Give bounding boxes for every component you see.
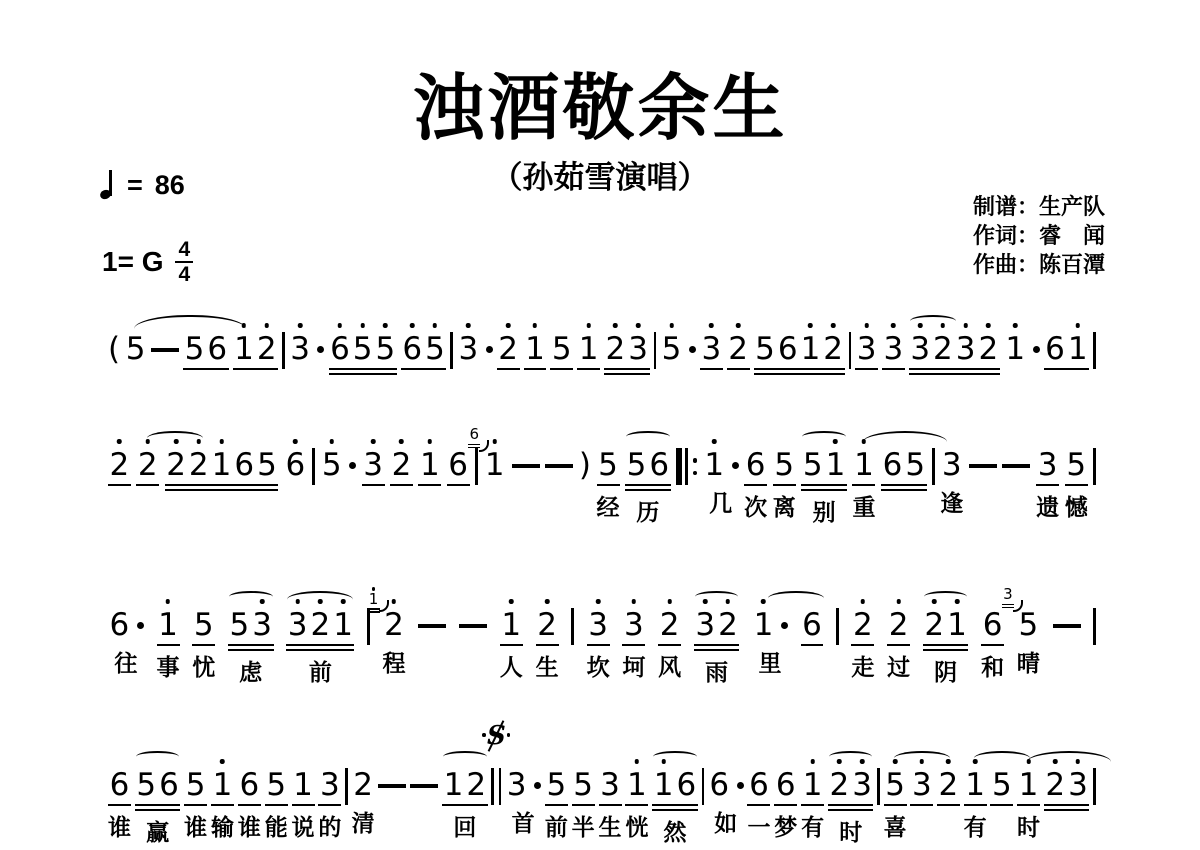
note-digit-octave-up: 2	[309, 608, 332, 642]
beam-underlines	[923, 644, 968, 651]
note-digit-octave-up: 1	[946, 608, 969, 642]
barline	[1093, 588, 1096, 679]
note-digit-octave-up: 1	[801, 768, 824, 802]
note-digits: 5	[1017, 608, 1040, 642]
note-digit-octave-up: 1	[577, 332, 600, 366]
note-token: 1	[524, 312, 547, 370]
note-digit: 5	[256, 448, 279, 482]
lyric-text: 里	[758, 650, 781, 676]
note-digit: 3	[940, 448, 963, 482]
beam-underlines	[228, 644, 273, 651]
note-token: 56赢	[135, 748, 180, 845]
beam-underlines	[524, 368, 547, 370]
note-digit-octave-up: 5	[884, 768, 907, 802]
beam-underlines	[990, 804, 1013, 806]
note-digits: 23	[1044, 768, 1089, 802]
beam-underlines	[362, 484, 385, 486]
note-token: 12回	[442, 748, 487, 840]
note-token: 1	[577, 312, 600, 370]
dash-continuation	[410, 748, 438, 822]
dash-mark	[1002, 464, 1030, 468]
note-digit-octave-up: 1	[210, 448, 233, 482]
note-digits: 2	[658, 608, 681, 642]
note-digit-octave-up: 2	[887, 608, 910, 642]
beam-underlines	[1044, 804, 1089, 811]
barline	[345, 748, 348, 839]
dash-mark	[459, 624, 487, 628]
note-digit: 1	[292, 768, 315, 802]
note-digit-octave-up: 2	[187, 448, 210, 482]
lyric-text: 忧	[192, 654, 215, 680]
barline-rule	[1093, 332, 1096, 369]
note-digits: 5	[1065, 448, 1088, 482]
beam-underlines	[286, 644, 354, 651]
double-barline: S	[491, 748, 501, 839]
beam-underlines	[390, 484, 413, 486]
lyric-text: 风	[658, 654, 681, 680]
beam-underlines	[238, 804, 261, 806]
note-token: 12	[233, 312, 278, 370]
note-digits: 321	[286, 608, 354, 642]
note-digit: 5	[1065, 448, 1088, 482]
note-digit-octave-up: 2	[822, 332, 845, 366]
slur-arc	[695, 591, 738, 605]
note-digit-octave-up: 1	[1066, 332, 1089, 366]
beam-underlines	[625, 484, 670, 491]
beam-underlines	[1044, 368, 1089, 370]
note-token: 3	[362, 428, 385, 520]
note-token: 5经	[597, 428, 620, 520]
beam-underlines	[852, 484, 875, 486]
note-token: 2走	[851, 588, 874, 680]
note-digits: 5	[545, 768, 568, 802]
note-digit-octave-up: 5	[374, 332, 397, 366]
note-digit-octave-up: 2	[937, 768, 960, 802]
lyric-text: 离	[773, 494, 796, 520]
note-digit: 5	[135, 768, 158, 802]
beam-underlines	[851, 644, 874, 646]
slur-arc	[924, 591, 967, 605]
note-digits: 2	[390, 448, 413, 482]
note-digits: 1	[483, 448, 506, 482]
note-digit-octave-up: 1	[157, 608, 180, 642]
note-digit: 5	[904, 448, 927, 482]
note-digits: 5	[597, 448, 620, 482]
beam-underlines	[497, 368, 520, 370]
note-digit: 2	[352, 768, 375, 802]
note-token: 2	[136, 428, 159, 520]
note-token: 2生	[536, 588, 559, 680]
note-digits: 1	[853, 448, 876, 482]
key-prefix: 1= G	[102, 246, 163, 278]
note-digit-octave-up: 3	[882, 332, 905, 366]
lyric-text: 坎	[587, 654, 610, 680]
note-digit-octave-up: 1	[483, 448, 506, 482]
note-digit-octave-up: 1	[233, 332, 256, 366]
note-digits: 5	[320, 448, 356, 482]
beam-underlines	[801, 804, 824, 806]
note-digits: 5	[572, 768, 595, 802]
note-token: 5喜	[884, 748, 907, 840]
dash-continuation	[1053, 588, 1081, 662]
note-digits: 1	[752, 608, 788, 642]
lyric-text: 事	[157, 654, 180, 680]
lyric-text: 有	[801, 814, 824, 840]
note-digit-octave-up: 1	[1017, 768, 1040, 802]
note-digits: 2	[108, 448, 131, 482]
repeat-start-barline	[676, 428, 697, 519]
note-token: 5	[320, 428, 356, 516]
note-digits: 3	[587, 608, 610, 642]
note-digits: 1	[1004, 332, 1040, 366]
slur-arc	[653, 751, 696, 765]
lyric-text: 梦	[774, 814, 797, 840]
beam-underlines	[604, 368, 649, 375]
beam-underlines	[500, 644, 523, 646]
beam-underlines	[1065, 484, 1088, 486]
augmentation-dot	[689, 346, 696, 353]
note-token: 5谁	[184, 748, 207, 840]
note-token: 6	[801, 588, 824, 680]
beam-underlines	[136, 484, 159, 486]
note-digits: 3	[882, 332, 905, 366]
beam-underlines	[700, 368, 723, 370]
note-digit-octave-up: 2	[923, 608, 946, 642]
note-digits: 6	[981, 608, 1004, 642]
note-digits: 2	[352, 768, 375, 802]
beam-underlines	[625, 804, 648, 806]
barline	[312, 428, 315, 519]
beam-underlines	[108, 484, 131, 486]
note-digits: 56	[135, 768, 180, 802]
barline-rule	[1093, 448, 1096, 485]
note-digits: 1	[1017, 768, 1040, 802]
beam-underlines	[108, 804, 131, 806]
lyric-text: 一	[747, 814, 770, 840]
augmentation-dot	[317, 346, 324, 353]
note-token: 5憾	[1065, 428, 1088, 520]
note-token: 5612	[754, 312, 845, 375]
note-digit: 6	[801, 608, 824, 642]
note-token: 2	[727, 312, 750, 370]
note-token: 1时	[1017, 748, 1040, 840]
augmentation-dot	[137, 622, 144, 629]
note-token: 6如	[708, 748, 744, 836]
note-digit: 5	[545, 768, 568, 802]
note-digits: 6	[108, 608, 144, 642]
credit-line: 制谱：生产队	[973, 192, 1105, 221]
dash-continuation	[459, 588, 487, 662]
note-token: 1	[418, 428, 441, 520]
note-digits: 1	[625, 768, 648, 802]
beam-underlines	[599, 804, 622, 806]
beam-underlines	[401, 368, 446, 370]
note-digit-octave-up: 5	[660, 332, 683, 366]
note-digit-octave-up: 2	[717, 608, 740, 642]
note-token: 1里	[752, 588, 788, 676]
credits-block: 制谱：生产队 作词：睿 闻 作曲：陈百潭	[973, 192, 1105, 279]
slur-arc	[910, 315, 956, 329]
note-digits: 5	[265, 768, 288, 802]
note-digits: 22165	[165, 448, 279, 482]
beam-underlines	[881, 484, 926, 491]
note-digits: 32	[694, 608, 739, 642]
lyric-text: 时	[839, 819, 862, 845]
note-token: 2	[937, 748, 960, 840]
beam-underlines	[754, 368, 845, 375]
lyric-text: 的	[318, 814, 341, 840]
note-digits: 1	[211, 768, 234, 802]
beam-underlines	[192, 644, 215, 646]
note-digit-octave-up: 2	[390, 448, 413, 482]
note-digits: 5	[773, 448, 796, 482]
note-digits: 5	[124, 332, 147, 366]
note-token: 2	[108, 428, 131, 520]
note-token: 3坎	[587, 588, 610, 680]
note-digit: 5	[192, 608, 215, 642]
dash-mark	[151, 348, 179, 352]
note-token: 35晴	[1017, 588, 1040, 676]
barline-rule	[367, 608, 370, 645]
barline-rule	[312, 448, 315, 485]
note-digit: 6	[675, 768, 698, 802]
note-digit-octave-up: 1	[332, 608, 355, 642]
note-digits: 21	[923, 608, 968, 642]
note-digit: 5	[625, 448, 648, 482]
note-token: 5	[660, 312, 696, 366]
beam-underlines	[329, 368, 397, 375]
beam-underlines	[418, 484, 441, 486]
note-digits: 6	[238, 768, 261, 802]
note-token: 1有	[964, 748, 987, 840]
note-token: 5	[124, 312, 147, 366]
note-token: 1人	[500, 588, 523, 680]
lyric-text: 能	[265, 814, 288, 840]
barline	[282, 312, 285, 369]
beam-underlines	[887, 644, 910, 646]
note-digit: 5	[228, 608, 251, 642]
note-digit-octave-up: 3	[851, 768, 874, 802]
barline-rule	[836, 608, 839, 645]
note-token: 6梦	[774, 748, 797, 840]
note-token: 12程	[383, 588, 406, 676]
lyric-text: 半	[572, 814, 595, 840]
slur-arc	[829, 751, 872, 765]
note-digit: 5	[773, 448, 796, 482]
note-digit: 6	[776, 332, 799, 366]
note-token: 3遗	[1036, 428, 1059, 520]
note-digit-octave-up: 2	[658, 608, 681, 642]
note-digit-octave-up: 1	[500, 608, 523, 642]
grace-note: 3	[1001, 587, 1015, 608]
note-token: 2风	[658, 588, 681, 680]
note-digit-octave-up: 3	[909, 332, 932, 366]
beam-underlines	[183, 368, 228, 370]
note-token: 1说	[292, 748, 315, 840]
lyric-text: 谁	[238, 814, 261, 840]
lyric-text: 生	[599, 814, 622, 840]
note-digit-octave-up: 3	[286, 608, 309, 642]
lyric-text: 说	[292, 814, 315, 840]
beam-underlines	[981, 644, 1004, 646]
beam-underlines	[747, 804, 770, 806]
barline-rule	[654, 332, 657, 369]
note-digit-octave-up: 3	[251, 608, 274, 642]
beam-underlines	[658, 644, 681, 646]
note-token: 1恍	[625, 748, 648, 840]
beam-underlines	[964, 804, 987, 806]
note-token: 16然	[652, 748, 697, 845]
note-digits: 3	[505, 768, 541, 802]
note-digit-octave-up: 2	[255, 332, 278, 366]
note-token: 3的	[318, 748, 341, 840]
beam-underlines	[211, 804, 234, 806]
note-token: 3	[855, 312, 878, 370]
note-token: 65	[881, 428, 926, 525]
note-token: 1重	[852, 428, 875, 520]
lyric-text: 和	[981, 654, 1004, 680]
beam-underlines	[545, 804, 568, 806]
lyric-text: 回	[453, 814, 476, 840]
barline	[1093, 428, 1096, 519]
barline	[1093, 312, 1096, 369]
note-token: 5离	[773, 428, 796, 520]
note-digits: 1	[500, 608, 523, 642]
notation-line-2: 222216565321661)5经56历1几6次5离51别1重653逢3遗5憾	[108, 428, 1096, 525]
note-token: 32雨	[694, 588, 739, 685]
lyric-text: 清	[352, 810, 375, 836]
barline	[702, 748, 705, 839]
note-digit: 6	[108, 608, 131, 642]
note-digits: 1	[577, 332, 600, 366]
beam-underlines	[622, 644, 645, 646]
lyric-text: 时	[1017, 814, 1040, 840]
note-digits: 2	[536, 608, 559, 642]
note-digits: 1	[964, 768, 987, 802]
note-token: 53虑	[228, 588, 273, 685]
time-signature-numerator: 4	[175, 238, 193, 263]
note-digit-octave-up: 3	[1067, 768, 1090, 802]
note-digit-octave-up: 6	[284, 448, 307, 482]
note-token: 3	[882, 312, 905, 370]
note-digits: 6	[748, 768, 771, 802]
note-digit: 3	[599, 768, 622, 802]
note-token: 61	[1044, 312, 1089, 370]
note-digit-octave-up: 1	[964, 768, 987, 802]
note-digits: 5	[884, 768, 907, 802]
note-digit-octave-up: 2	[977, 332, 1000, 366]
note-token: 6往	[108, 588, 144, 676]
augmentation-dot	[534, 782, 541, 789]
note-digit-octave-up: 2	[536, 608, 559, 642]
note-digits: 23	[604, 332, 649, 366]
note-digit: 5	[265, 768, 288, 802]
beam-underlines	[184, 804, 207, 806]
credit-line: 作词：睿 闻	[973, 221, 1105, 250]
note-digits: 1	[703, 448, 739, 482]
notation-line-4: 6谁56赢5谁1输6谁5能1说3的2清12回S3首5前5半3生1恍16然6如6一…	[108, 748, 1096, 845]
note-digit-octave-up: 2	[1044, 768, 1067, 802]
note-digit-octave-up: 1	[652, 768, 675, 802]
note-token: 3首	[505, 748, 541, 836]
beam-underlines	[882, 368, 905, 370]
credit-line: 作曲：陈百潭	[973, 250, 1105, 279]
dash-continuation	[545, 428, 573, 502]
note-digit: 6	[158, 768, 181, 802]
barline-rule	[1093, 608, 1096, 645]
note-digit-octave-up: 3	[362, 448, 385, 482]
note-digit-octave-up: 3	[289, 332, 312, 366]
barline	[450, 312, 453, 369]
note-digit-octave-up: 1	[211, 768, 234, 802]
beam-underlines	[801, 644, 824, 646]
beam-underlines	[572, 804, 595, 806]
slur-arc	[229, 591, 272, 605]
note-token: 51别	[801, 428, 846, 525]
beam-underlines	[292, 804, 315, 806]
lyric-text: 往	[114, 650, 137, 676]
beam-underlines	[265, 804, 288, 806]
dash-mark	[545, 464, 573, 468]
note-digits: 1	[418, 448, 441, 482]
note-digit-octave-up: 5	[351, 332, 374, 366]
note-digit-octave-up: 5	[424, 332, 447, 366]
lyric-text: 坷	[622, 654, 645, 680]
note-digits: 53	[228, 608, 273, 642]
note-digit-octave-up: 6	[329, 332, 352, 366]
barline-rule	[282, 332, 285, 369]
note-token: 61	[483, 428, 506, 516]
note-digit: 1	[442, 768, 465, 802]
beam-underlines	[577, 368, 600, 370]
note-token: 3232	[909, 312, 1000, 375]
note-digits: 6	[284, 448, 307, 482]
barline-rule	[571, 608, 574, 645]
note-token: 1	[1004, 312, 1040, 366]
note-token: 3	[289, 312, 325, 366]
beam-underlines	[318, 804, 341, 806]
beam-underlines	[694, 644, 739, 651]
note-digit: 6	[748, 768, 771, 802]
barline	[654, 312, 657, 369]
note-digit: 6	[648, 448, 671, 482]
note-digit-octave-up: 1	[418, 448, 441, 482]
barline	[1093, 748, 1096, 839]
note-token: 1有	[801, 748, 824, 840]
note-digit-octave-up: 1	[524, 332, 547, 366]
dash-mark	[378, 784, 406, 788]
augmentation-dot	[781, 622, 788, 629]
time-signature: 4 4	[175, 238, 193, 286]
note-digit: 5	[597, 448, 620, 482]
note-digit-octave-up: 3	[622, 608, 645, 642]
beam-underlines	[652, 804, 697, 811]
note-digit: 5	[990, 768, 1013, 802]
beam-underlines	[442, 804, 487, 806]
note-token: 56	[183, 312, 228, 370]
note-digit-octave-up: 2	[852, 608, 875, 642]
beam-underlines	[801, 484, 846, 491]
barline-rule	[849, 332, 852, 369]
note-token: 5忧	[192, 588, 215, 680]
note-digit-octave-up: 3	[910, 768, 933, 802]
note-digit-octave-up: 6	[401, 332, 424, 366]
parenthesis-glyph: (	[108, 332, 120, 366]
note-token: 655	[329, 312, 397, 375]
dash-mark	[969, 464, 997, 468]
note-token: 23时	[828, 748, 873, 845]
note-digit: 3	[505, 768, 528, 802]
